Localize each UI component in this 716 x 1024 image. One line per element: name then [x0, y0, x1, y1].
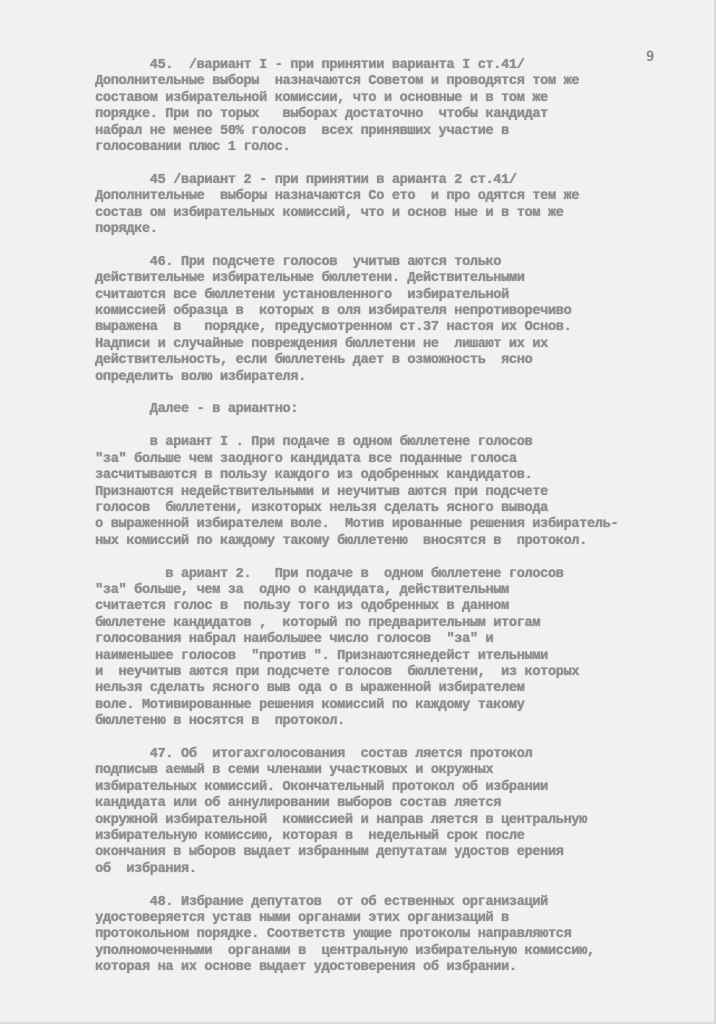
text-line: считается голос в пользу того из одобрен… — [95, 599, 695, 615]
text-line: избирательную комиссию, которая в недель… — [95, 829, 695, 845]
text-line: порядке. — [95, 222, 695, 238]
text-line: избирательных комиссий. Окончательный пр… — [95, 780, 695, 796]
text-line: выражена в порядке, предусмотренном ст.3… — [95, 320, 695, 336]
paragraph-p45-variant1: 45. /вариант I - при принятии варианта I… — [95, 58, 695, 156]
text-line: засчитываются в пользу каждого из одобре… — [95, 468, 695, 484]
text-line: которая на их основе выдает удостоверени… — [95, 960, 695, 976]
paragraph-p47: 47. Об итогахголосования состав ляется п… — [95, 747, 695, 878]
text-line: Дополнительные выборы назначаются Со ето… — [95, 189, 695, 205]
text-line: нельзя сделать ясного выв ода о в ыражен… — [95, 681, 695, 697]
text-line: о выраженной избирателем воле. Мотив иро… — [95, 517, 695, 533]
text-line: 45. /вариант I - при принятии варианта I… — [95, 58, 695, 74]
document-body: 45. /вариант I - при принятии варианта I… — [95, 58, 695, 977]
text-line: 45 /вариант 2 - при принятии в арианта 2… — [95, 173, 695, 189]
text-line: в ариант 2. При подаче в одном бюллетене… — [95, 567, 695, 583]
text-line: "за" больше чем заодного кандидата все п… — [95, 452, 695, 468]
text-line: голосования набрал наибольшее число голо… — [95, 632, 695, 648]
paragraph-p-variant2: в ариант 2. При подаче в одном бюллетене… — [95, 567, 695, 731]
text-line: Дополнительные выборы назначаются Совето… — [95, 74, 695, 90]
text-line: об избрания. — [95, 862, 695, 878]
paragraph-p46: 46. При подсчете голосов учитыв аются то… — [95, 255, 695, 386]
scanned-page: 9 45. /вариант I - при принятии варианта… — [0, 0, 716, 1024]
text-line: подписыв аемый в семи членами участковых… — [95, 763, 695, 779]
text-line: Признаются недействительными и неучитыв … — [95, 485, 695, 501]
paragraph-p48: 48. Избрание депутатов от об ественных о… — [95, 895, 695, 977]
text-line: бюллетеню в носятся в протокол. — [95, 714, 695, 730]
text-line: определить волю избирателя. — [95, 370, 695, 386]
text-line: голосовании плюс 1 голос. — [95, 140, 695, 156]
text-line: удостоверяется устав ными органами этих … — [95, 911, 695, 927]
text-line: окружной избирательной комиссией и напра… — [95, 813, 695, 829]
paragraph-p45-variant2: 45 /вариант 2 - при принятии в арианта 2… — [95, 173, 695, 239]
text-line: считаются все бюллетени установленного и… — [95, 288, 695, 304]
text-line: в ариант I . При подаче в одном бюллетен… — [95, 435, 695, 451]
paragraph-p-next: Далее - в ариантно: — [95, 402, 695, 418]
text-line: набрал не менее 50% голосов всех принявш… — [95, 124, 695, 140]
text-line: составом избирательной комиссии, что и о… — [95, 91, 695, 107]
text-line: 47. Об итогахголосования состав ляется п… — [95, 747, 695, 763]
text-line: голосов бюллетени, изкоторых нельзя сдел… — [95, 501, 695, 517]
text-line: ных комиссий по каждому такому бюллетеню… — [95, 534, 695, 550]
paragraph-p-variant1: в ариант I . При подаче в одном бюллетен… — [95, 435, 695, 550]
text-line: 46. При подсчете голосов учитыв аются то… — [95, 255, 695, 271]
text-line: порядке. При по торых выборах достаточно… — [95, 107, 695, 123]
text-line: уполномоченными органами в центральную и… — [95, 944, 695, 960]
text-line: 48. Избрание депутатов от об ественных о… — [95, 895, 695, 911]
text-line: действительные избирательные бюллетени. … — [95, 271, 695, 287]
text-line: состав ом избирательных комиссий, что и … — [95, 206, 695, 222]
text-line: "за" больше, чем за одно о кандидата, де… — [95, 583, 695, 599]
text-line: воле. Мотивированные решения комиссий по… — [95, 698, 695, 714]
text-line: окончания в ыборов выдает избранным депу… — [95, 845, 695, 861]
text-line: бюллетене кандидатов , который по предва… — [95, 616, 695, 632]
text-line: наименьшее голосов "против ". Признаются… — [95, 649, 695, 665]
text-line: действительность, если бюллетень дает в … — [95, 353, 695, 369]
text-line: Надписи и случайные повреждения бюллетен… — [95, 337, 695, 353]
text-line: комиссией образца в которых в оля избира… — [95, 304, 695, 320]
text-line: протокольном порядке. Соответств ующие п… — [95, 927, 695, 943]
text-line: кандидата или об аннулировании выборов с… — [95, 796, 695, 812]
text-line: Далее - в ариантно: — [95, 402, 695, 418]
text-line: и неучитыв аются при подсчете голосов бю… — [95, 665, 695, 681]
